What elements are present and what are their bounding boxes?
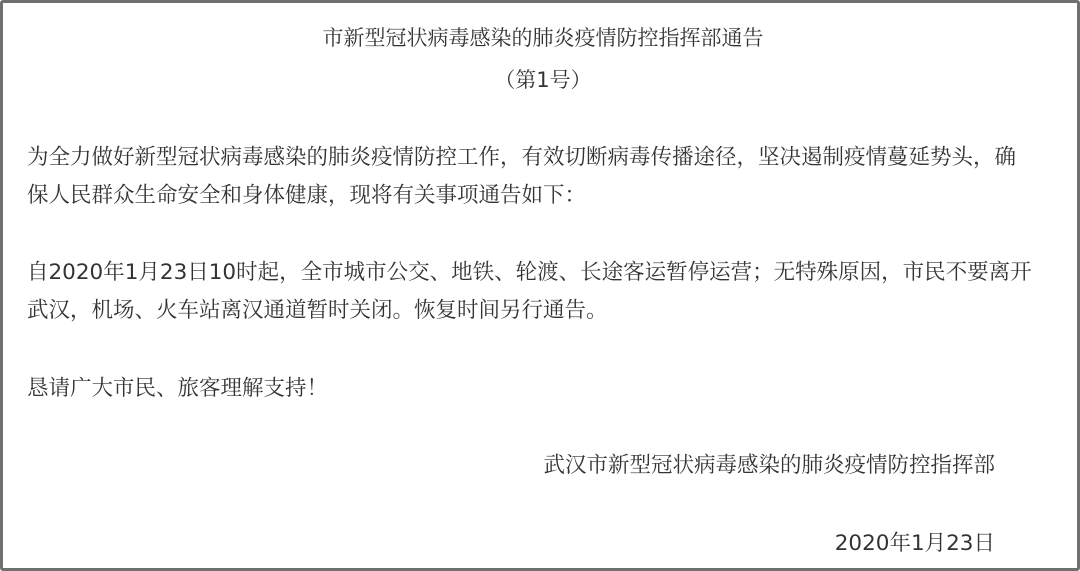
notice-title: 市新型冠状病毒感染的肺炎疫情防控指挥部通告 bbox=[3, 23, 1080, 53]
notice-signature: 武汉市新型冠状病毒感染的肺炎疫情防控指挥部 bbox=[543, 450, 995, 482]
notice-date: 2020年1月23日 bbox=[835, 528, 995, 560]
notice-number: （第1号） bbox=[3, 65, 1080, 95]
notice-frame: 市新型冠状病毒感染的肺炎疫情防控指挥部通告 （第1号） 为全力做好新型冠状病毒感… bbox=[0, 0, 1080, 571]
notice-paragraph-measures: 自2020年1月23日10时起，全市城市公交、地铁、轮渡、长途客运暂停运营；无特… bbox=[27, 254, 1037, 330]
notice-paragraph-intro: 为全力做好新型冠状病毒感染的肺炎疫情防控工作，有效切断病毒传播途径，坚决遏制疫情… bbox=[27, 139, 1037, 215]
notice-paragraph-appeal: 恳请广大市民、旅客理解支持！ bbox=[27, 370, 1037, 408]
